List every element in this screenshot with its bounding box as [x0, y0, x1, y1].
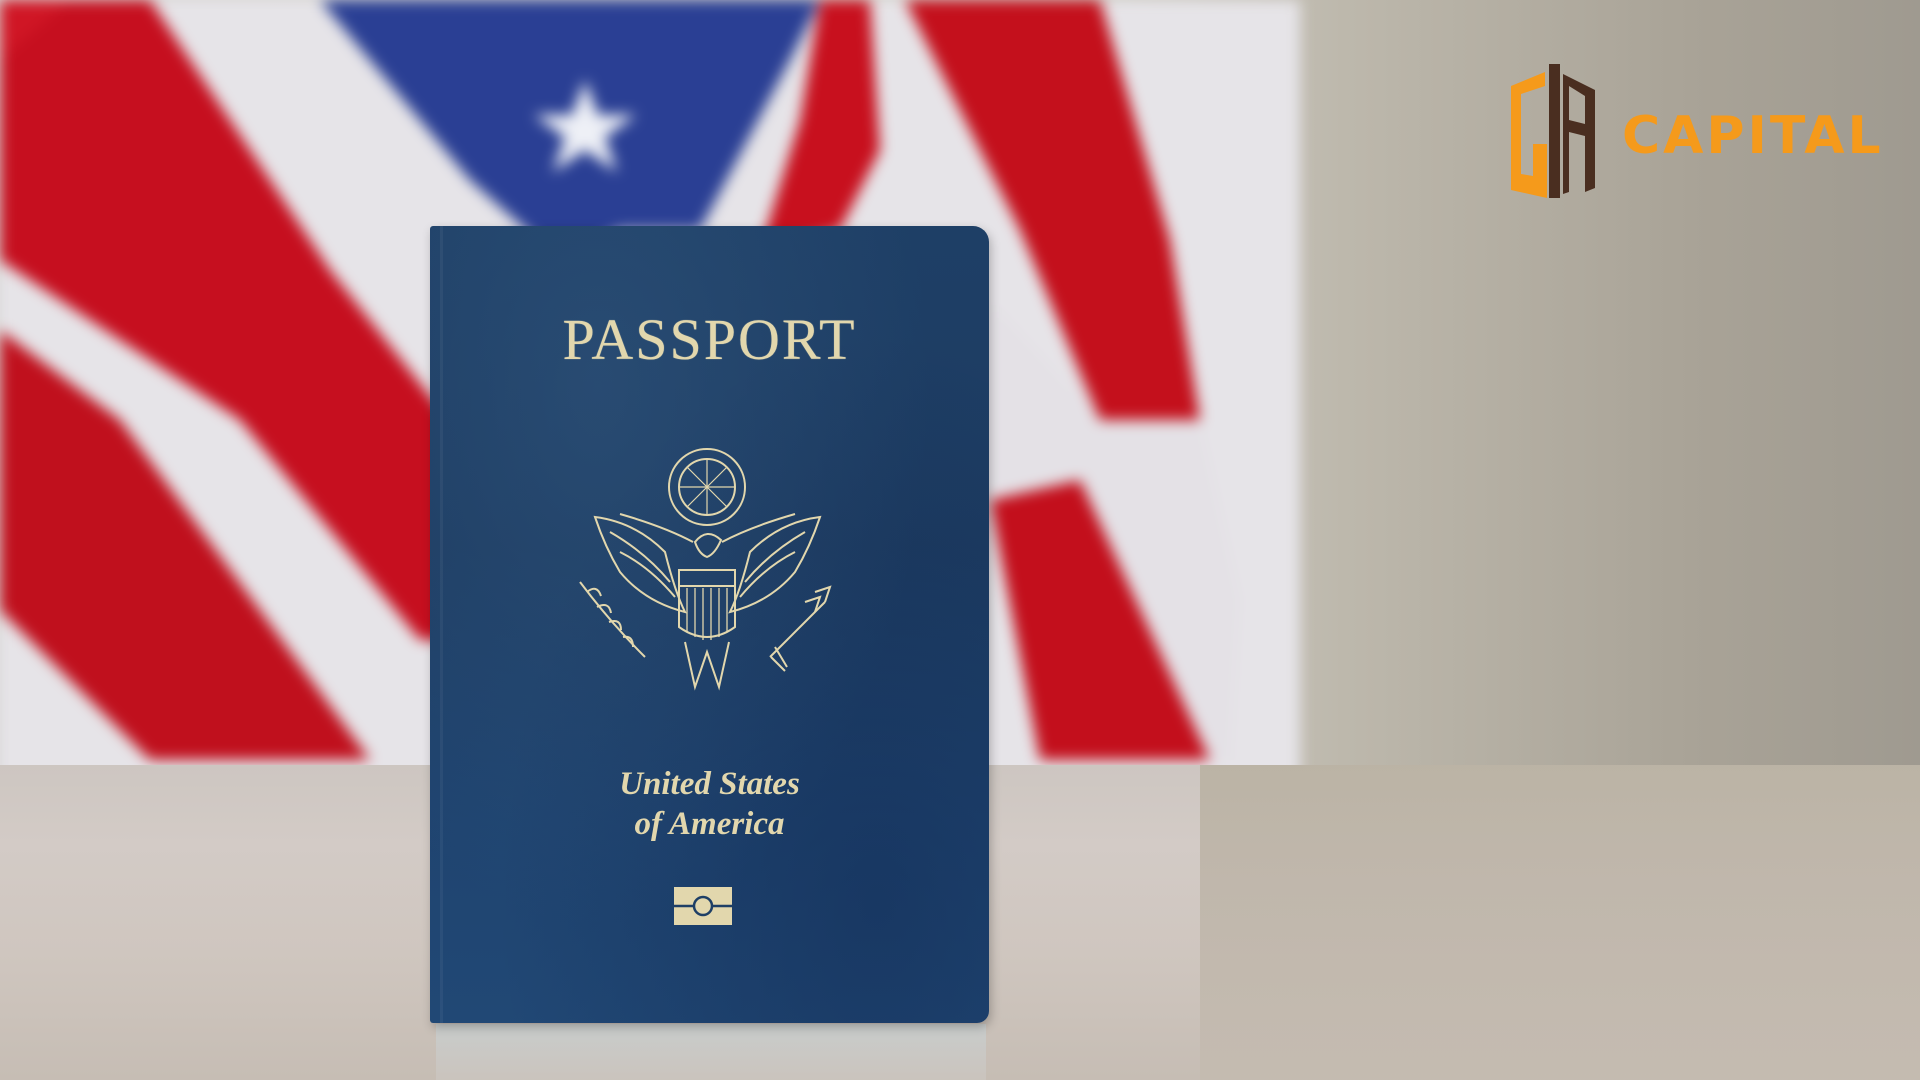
passport-title: PASSPORT: [430, 306, 989, 373]
passport-cover: PASSPORT: [430, 226, 989, 1023]
country-name: United States of America: [430, 764, 989, 844]
country-line-2: of America: [430, 804, 989, 844]
logo-wordmark: CAPITAL: [1622, 106, 1884, 166]
great-seal-eagle-icon: [575, 442, 840, 707]
ga-capital-logo: CAPITAL: [1497, 64, 1877, 198]
photo-scene: PASSPORT: [0, 0, 1920, 1080]
biometric-chip-icon: [674, 887, 732, 925]
passport-reflection: [436, 1024, 986, 1080]
ga-monogram-icon: [1497, 64, 1601, 198]
table-surface-shade: [1200, 765, 1920, 1080]
country-line-1: United States: [430, 764, 989, 804]
